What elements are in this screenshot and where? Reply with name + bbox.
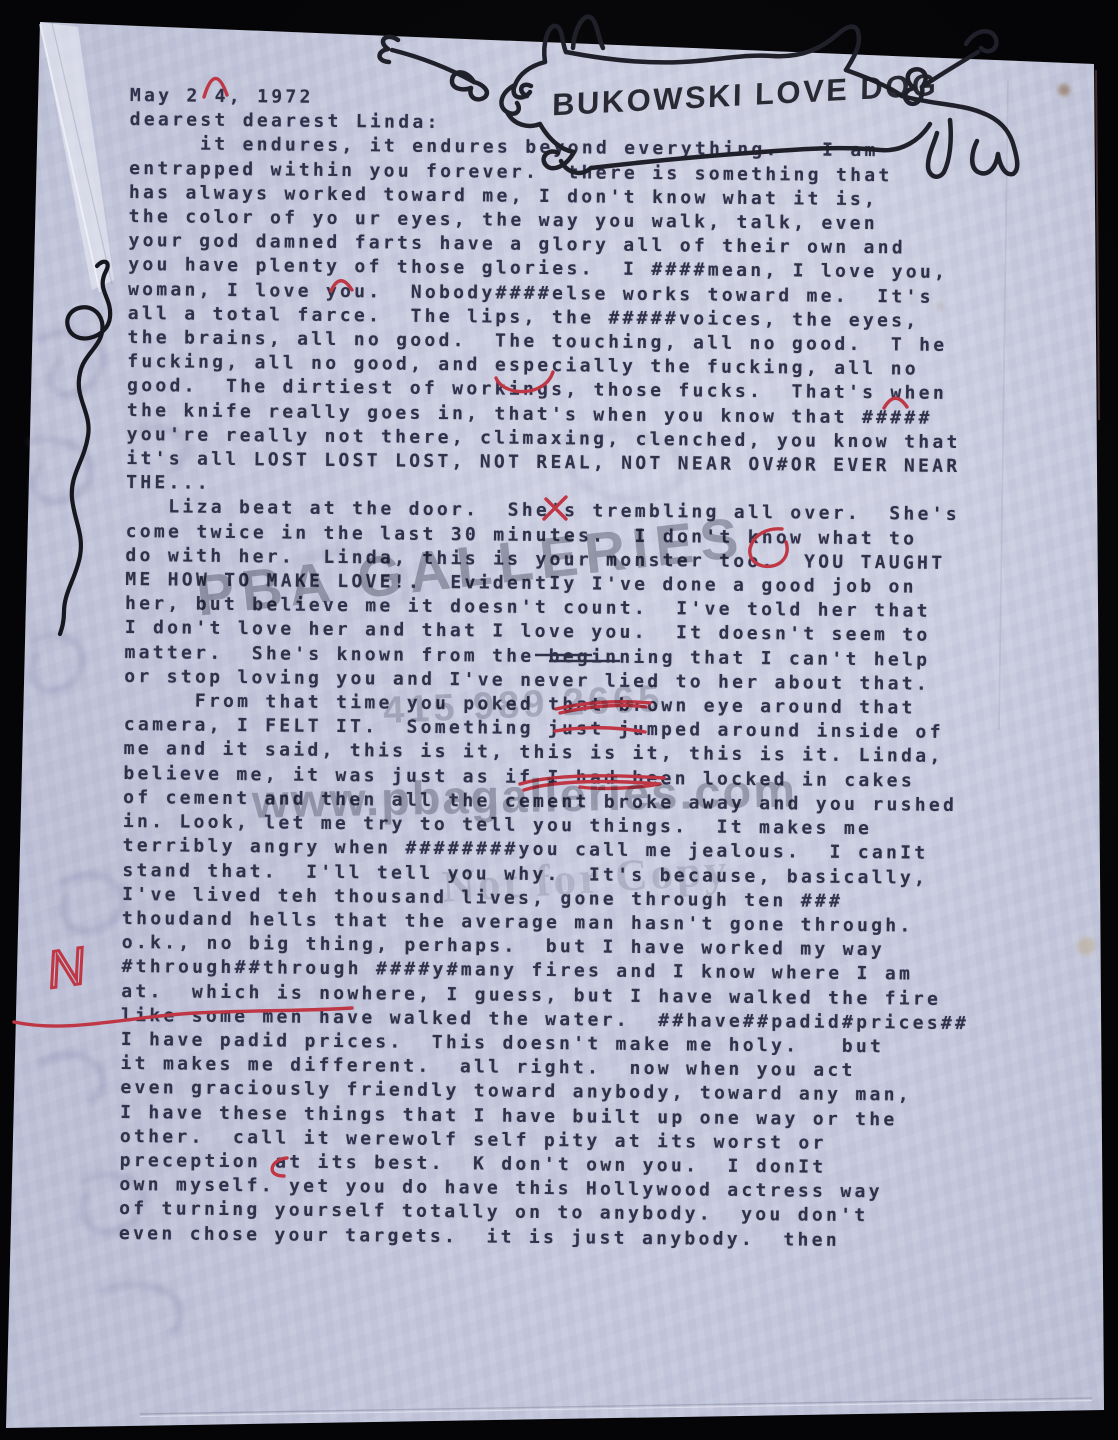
letter-paragraph-1: it endures, it endures beyond everything… (126, 132, 1089, 504)
watermark-website: www.pbagalleries.com (251, 762, 797, 828)
letter-body: May 2 4, 1972 dearest dearest Linda: it … (119, 84, 1090, 1255)
scanned-letter-photo: May 2 4, 1972 dearest dearest Linda: it … (0, 0, 1118, 1440)
